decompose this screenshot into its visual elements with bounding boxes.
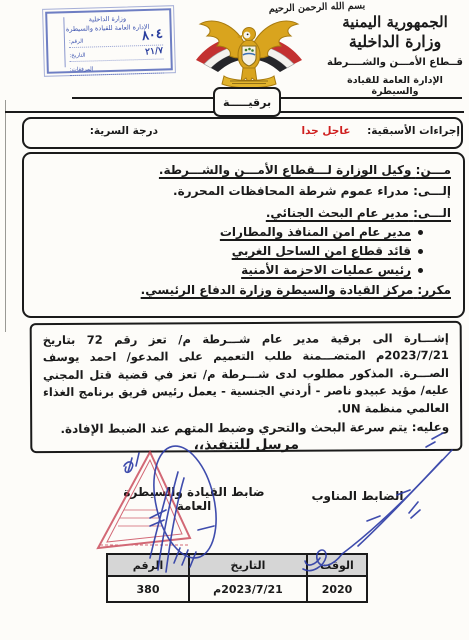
yemen-emblem-icon	[188, 8, 310, 90]
addressing-box: مـــن: وكيل الوزارة لـــقطاع الأمـــن وا…	[22, 152, 465, 318]
stamp-number-label: الرقم:	[69, 39, 84, 47]
department-title: الإدارة العامة للقيادة والسيطرة	[324, 76, 466, 97]
bullet-text: قائد قطاع امن الساحل الغربي	[232, 244, 411, 258]
to1-text: مدراء عموم شرطة المحافظات المحررة.	[173, 184, 409, 198]
to2-label: الـــى:	[413, 206, 451, 220]
cc-line: مكرر: مركز القيادة والسيطرة وزارة الدفاع…	[34, 283, 451, 297]
telegram-document-page: بسم الله الرحمن الرحيم الجمهورية اليمنية…	[0, 0, 469, 640]
bullet-text: مدير عام امن المنافذ والمطارات	[220, 225, 411, 239]
body-paragraph: إشـــارة الى برقية مدير عام شـــرطة م/ ت…	[43, 330, 449, 419]
sector-title: قــطاع الأمـــن والشــــرطة	[324, 57, 466, 68]
republic-title: الجمهورية اليمنية	[324, 14, 466, 31]
to2-text: مدير عام البحث الجنائي.	[266, 206, 409, 220]
dispatch-note: مرسل للتنفيذ،،	[43, 436, 449, 454]
table-cell-number: 380	[107, 576, 189, 602]
cc-label: مكرر:	[417, 283, 451, 297]
table-header-time: الوقت	[307, 554, 367, 576]
registry-table: الوقت التاريخ الرقم 2020 2023/7/21م 380	[106, 553, 368, 603]
priority-value: عاجل جدا	[300, 125, 352, 137]
body-directive: وعليه: يتم سرعة البحث والتحري وضبط المته…	[43, 420, 449, 436]
table-header-date: التاريخ	[189, 554, 307, 576]
from-text: وكيل الوزارة لـــقطاع الأمـــن والشـــرط…	[159, 163, 412, 177]
scan-edge-line	[5, 100, 6, 332]
table-header-number: الرقم	[107, 554, 189, 576]
to-line-1: إلـــى: مدراء عموم شرطة المحافظات المحرر…	[34, 184, 451, 198]
stamp-number-handwritten: ٨٠٤	[141, 25, 164, 45]
table-cell-time: 2020	[307, 576, 367, 602]
cc-text: مركز القيادة والسيطرة وزارة الدفاع الرئي…	[141, 283, 414, 297]
table-value-row: 2020 2023/7/21م 380	[107, 576, 367, 602]
signature-title-right: الضابط المناوب	[310, 489, 405, 503]
table-header-row: الوقت التاريخ الرقم	[107, 554, 367, 576]
bullet-item: قائد قطاع امن الساحل الغربي	[34, 244, 451, 258]
header-right-block: الجمهورية اليمنية وزارة الداخلية قــطاع …	[324, 14, 466, 97]
bullet-item: رئيس عمليات الاحزمة الأمنية	[34, 263, 451, 277]
to1-label: إلـــى:	[413, 184, 451, 198]
from-line: مـــن: وكيل الوزارة لـــقطاع الأمـــن وا…	[34, 163, 451, 177]
stamp-attachments-label: المرفقات:	[70, 67, 94, 75]
bullet-icon	[418, 249, 423, 254]
stamp-date-label: التاريخ:	[69, 53, 85, 61]
table-cell-date: 2023/7/21م	[189, 576, 307, 602]
to-line-2: الـــى: مدير عام البحث الجنائي.	[34, 206, 451, 220]
bullet-icon	[418, 230, 423, 235]
stamp-date-handwritten: ٢١/٧	[145, 45, 164, 59]
ministry-title: وزارة الداخلية	[324, 33, 466, 51]
registry-stamp: وزارة الداخلية الإدارة العامة للقيادة وا…	[45, 8, 173, 73]
signature-title-left: ضابط القيادة والسيطرة العامة	[106, 485, 282, 513]
bullet-text: رئيس عمليات الاحزمة الأمنية	[241, 263, 411, 277]
secrecy-label: درجة السرية:	[88, 125, 158, 137]
priority-label: إجراءات الأسبقية:	[355, 125, 460, 137]
from-label: مـــن:	[416, 163, 451, 177]
bullet-item: مدير عام امن المنافذ والمطارات	[34, 225, 451, 239]
body-box: إشـــارة الى برقية مدير عام شـــرطة م/ ت…	[30, 321, 463, 453]
doc-type-box: برقيـــــة	[213, 87, 281, 117]
bullet-icon	[418, 268, 423, 273]
